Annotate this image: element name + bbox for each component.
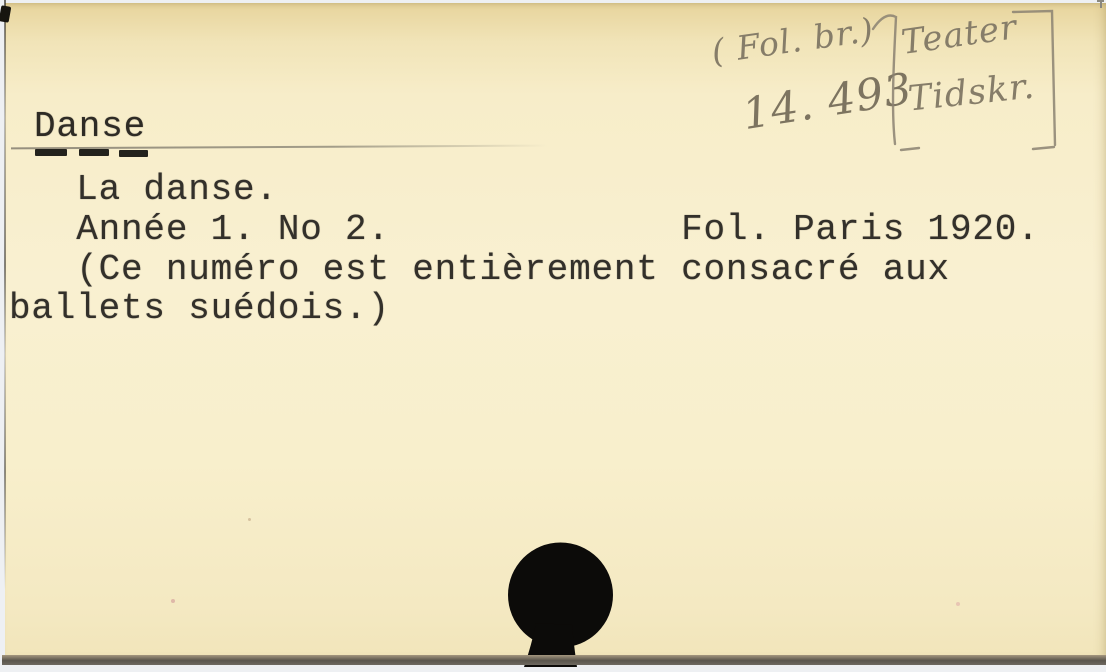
paper-speck [248, 518, 251, 521]
paper-speck [171, 599, 175, 603]
catalog-card-scan: ( Fol. br.) Teater 14. 493 Tidskr. Danse… [0, 0, 1106, 672]
paper-speck [956, 602, 960, 606]
keyhole-punch-hole [5, 3, 1106, 672]
scan-corner-mark [1097, 0, 1104, 2]
index-card: ( Fol. br.) Teater 14. 493 Tidskr. Danse… [5, 3, 1106, 658]
card-bottom-edge-shadow [2, 655, 1106, 665]
card-left-edge-line [4, 0, 6, 590]
